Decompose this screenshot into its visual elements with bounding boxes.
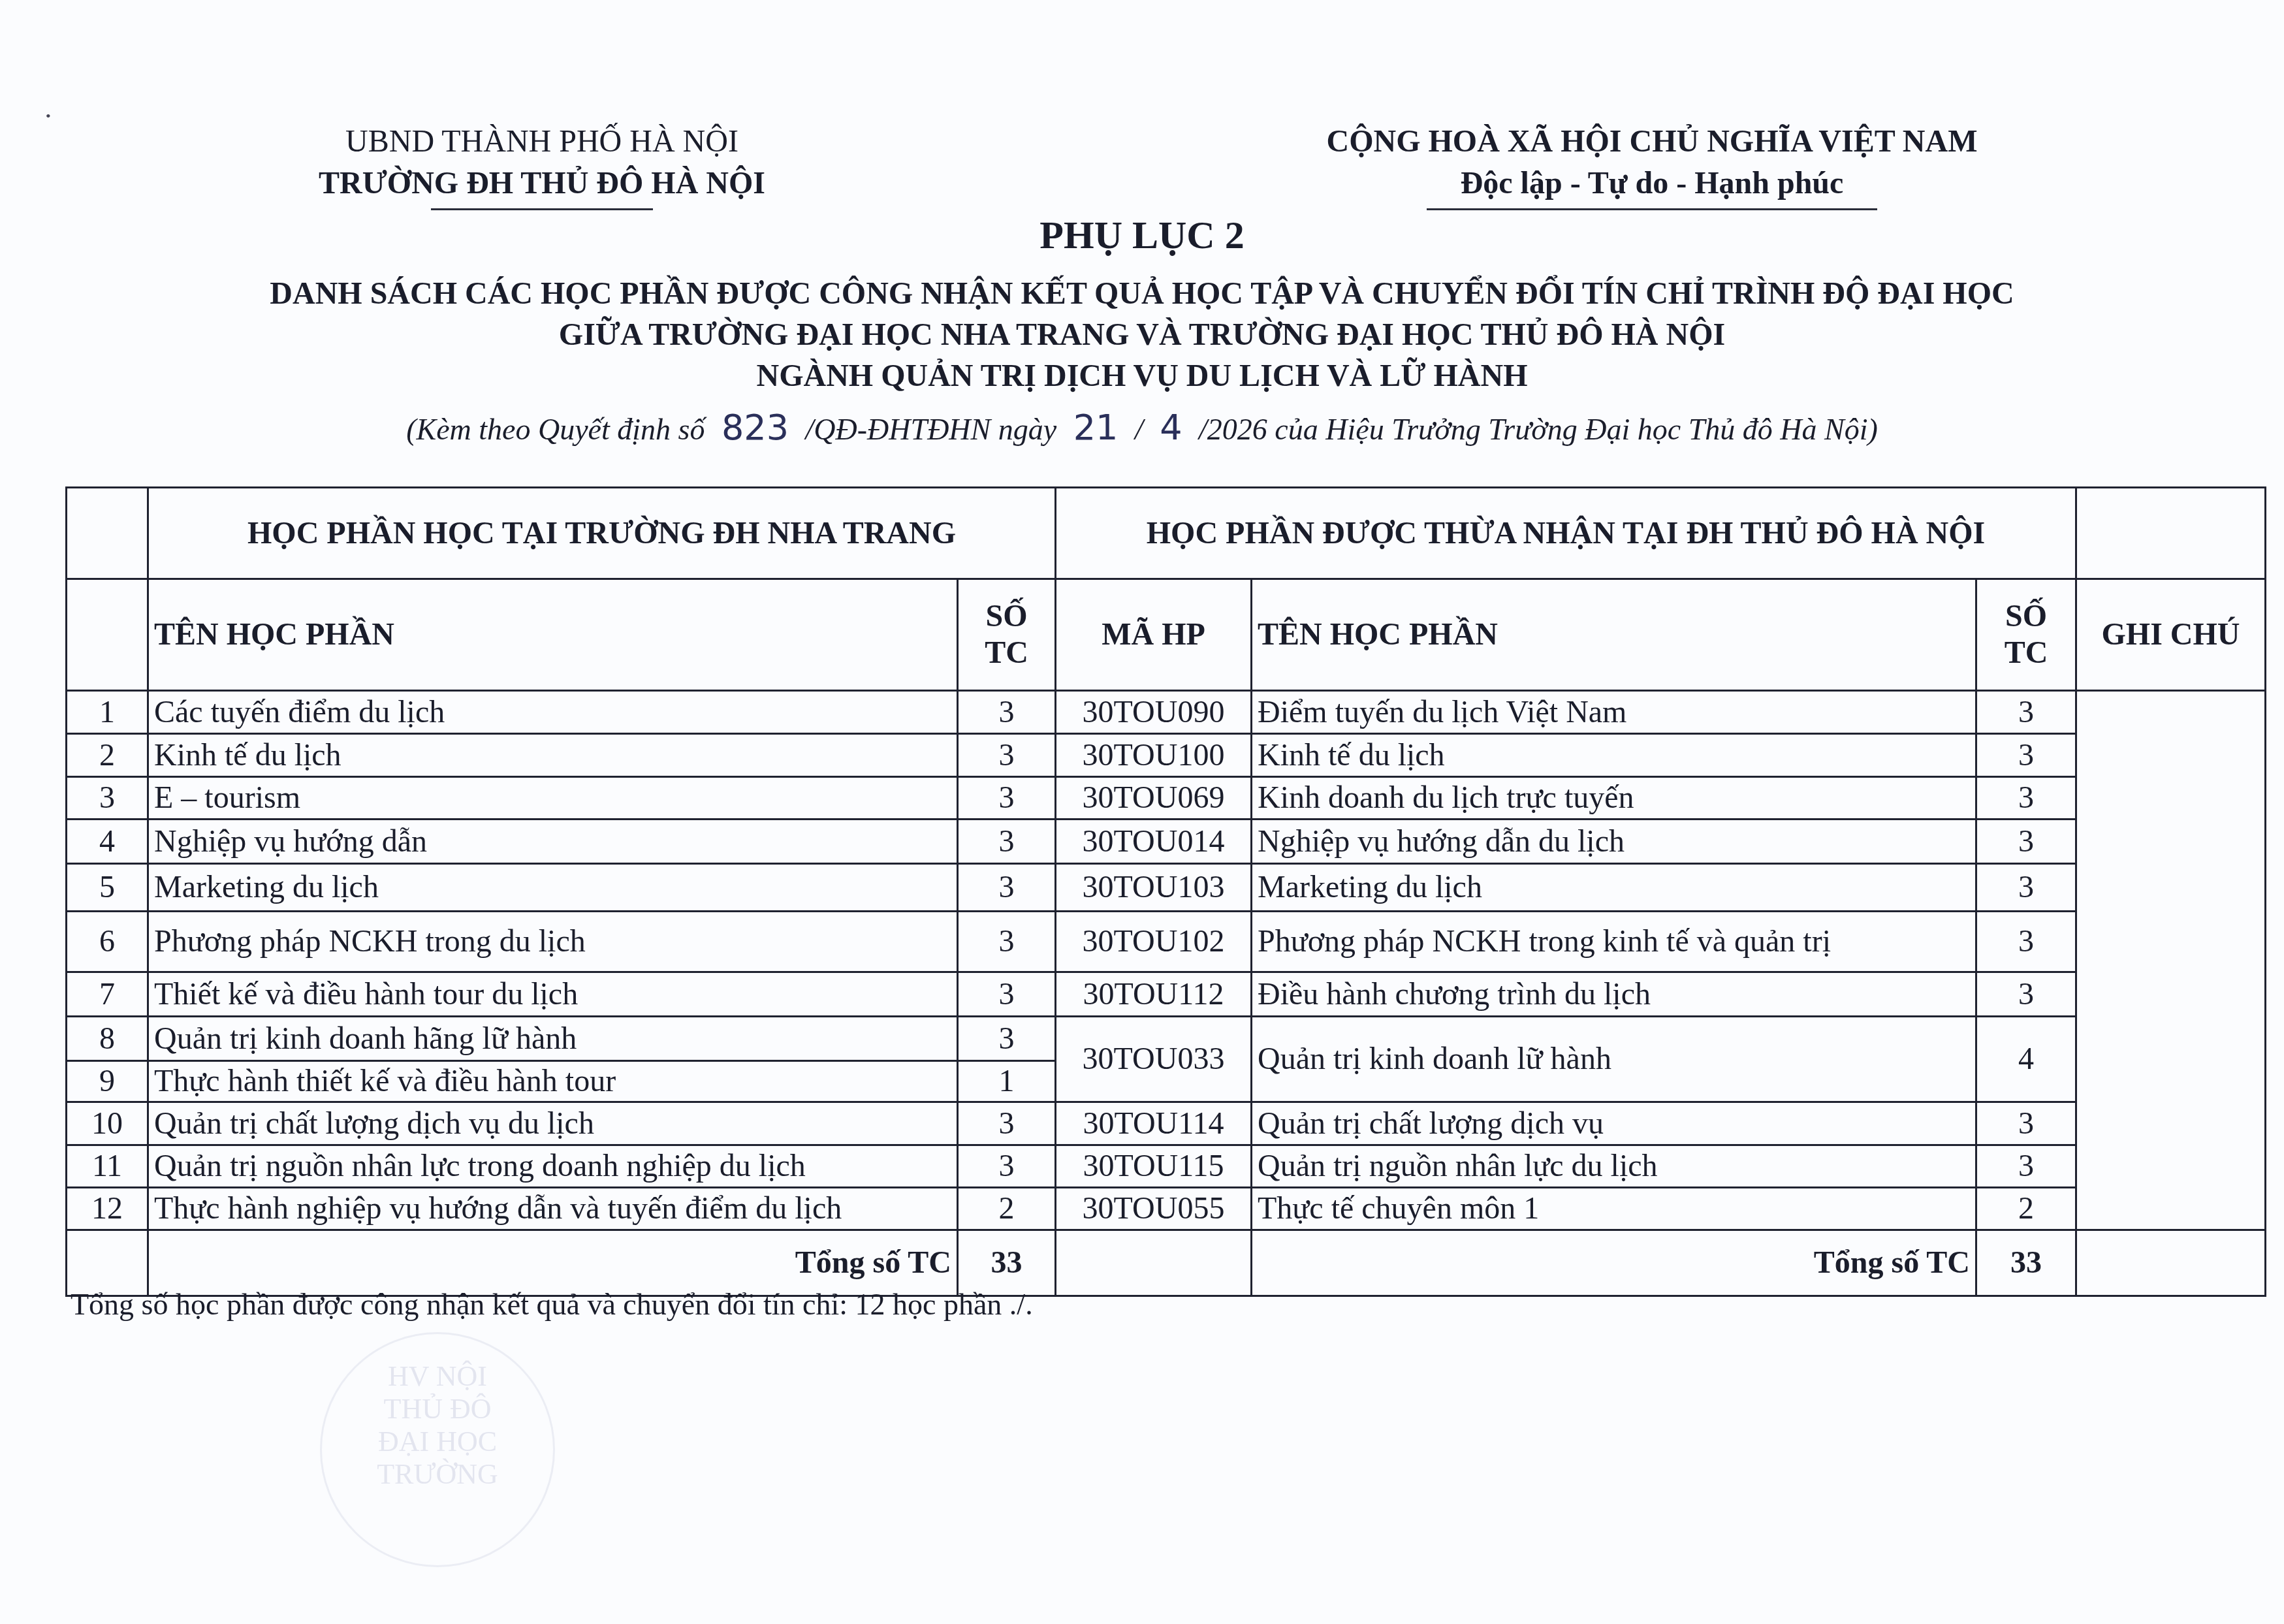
stamp-text-line: HV NỘI bbox=[322, 1360, 553, 1393]
authority-underline bbox=[431, 208, 653, 210]
row-number: 7 bbox=[67, 972, 148, 1017]
thu-do-course-name: Quản trị chất lượng dịch vụ bbox=[1252, 1102, 1976, 1145]
document-title-line-2: GIỮA TRƯỜNG ĐẠI HỌC NHA TRANG VÀ TRƯỜNG … bbox=[0, 315, 2284, 355]
thu-do-course-name: Điều hành chương trình du lịch bbox=[1252, 972, 1976, 1017]
thu-do-course-name: Quản trị nguồn nhân lực du lịch bbox=[1252, 1145, 1976, 1188]
thu-do-credits: 3 bbox=[1976, 777, 2076, 820]
table-row: 1Các tuyến điểm du lịch330TOU090Điểm tuy… bbox=[67, 691, 2266, 734]
group-header-row: HỌC PHẦN HỌC TẠI TRƯỜNG ĐH NHA TRANG HỌC… bbox=[67, 488, 2266, 579]
thu-do-credits: 3 bbox=[1976, 691, 2076, 734]
column-header-note: GHI CHÚ bbox=[2076, 579, 2266, 691]
course-code: 30TOU069 bbox=[1056, 777, 1252, 820]
row-number: 10 bbox=[67, 1102, 148, 1145]
thu-do-course-name: Phương pháp NCKH trong kinh tế và quản t… bbox=[1252, 912, 1976, 972]
thu-do-credits: 3 bbox=[1976, 820, 2076, 864]
nha-trang-course-name: Quản trị chất lượng dịch vụ du lịch bbox=[148, 1102, 958, 1145]
table-row: 8Quản trị kinh doanh hãng lữ hành330TOU0… bbox=[67, 1017, 2266, 1061]
empty-header-cell bbox=[67, 579, 148, 691]
stamp-text-line: THỦ ĐÔ bbox=[322, 1393, 553, 1425]
course-code: 30TOU103 bbox=[1056, 864, 1252, 912]
motto-line-1: CỘNG HOÀ XÃ HỘI CHỦ NGHĨA VIỆT NAM bbox=[1195, 121, 2109, 163]
credits-label-2: TC bbox=[964, 635, 1049, 671]
decision-prefix: (Kèm theo Quyết định số bbox=[406, 413, 705, 446]
national-motto: CỘNG HOÀ XÃ HỘI CHỦ NGHĨA VIỆT NAM Độc l… bbox=[1195, 121, 2109, 210]
nha-trang-credits: 1 bbox=[958, 1061, 1056, 1102]
thu-do-course-name: Nghiệp vụ hướng dẫn du lịch bbox=[1252, 820, 1976, 864]
credits-label-2: TC bbox=[1982, 635, 2070, 671]
nha-trang-course-name: Quản trị kinh doanh hãng lữ hành bbox=[148, 1017, 958, 1061]
table-row: 3E – tourism330TOU069Kinh doanh du lịch … bbox=[67, 777, 2266, 820]
thu-do-credits: 3 bbox=[1976, 1102, 2076, 1145]
nha-trang-course-name: Kinh tế du lịch bbox=[148, 734, 958, 777]
column-header-nt-name: TÊN HỌC PHẦN bbox=[148, 579, 958, 691]
empty-header-cell bbox=[67, 488, 148, 579]
nha-trang-course-name: Thực hành thiết kế và điều hành tour bbox=[148, 1061, 958, 1102]
nha-trang-credits: 3 bbox=[958, 1102, 1056, 1145]
nha-trang-credits: 3 bbox=[958, 820, 1056, 864]
group-header-nha-trang: HỌC PHẦN HỌC TẠI TRƯỜNG ĐH NHA TRANG bbox=[148, 488, 1056, 579]
nha-trang-course-name: Các tuyến điểm du lịch bbox=[148, 691, 958, 734]
course-code: 30TOU090 bbox=[1056, 691, 1252, 734]
table-row: 6Phương pháp NCKH trong du lịch330TOU102… bbox=[67, 912, 2266, 972]
credit-transfer-table: HỌC PHẦN HỌC TẠI TRƯỜNG ĐH NHA TRANG HỌC… bbox=[65, 486, 2266, 1297]
nha-trang-course-name: Phương pháp NCKH trong du lịch bbox=[148, 912, 958, 972]
thu-do-credits: 3 bbox=[1976, 972, 2076, 1017]
thu-do-credits: 3 bbox=[1976, 734, 2076, 777]
course-code: 30TOU014 bbox=[1056, 820, 1252, 864]
motto-underline bbox=[1427, 208, 1877, 210]
table-row: 10Quản trị chất lượng dịch vụ du lịch330… bbox=[67, 1102, 2266, 1145]
course-code: 30TOU115 bbox=[1056, 1145, 1252, 1188]
course-code: 30TOU055 bbox=[1056, 1188, 1252, 1230]
thu-do-course-name: Kinh tế du lịch bbox=[1252, 734, 1976, 777]
nha-trang-course-name: Marketing du lịch bbox=[148, 864, 958, 912]
nha-trang-credits: 3 bbox=[958, 972, 1056, 1017]
nha-trang-credits: 3 bbox=[958, 734, 1056, 777]
column-header-code: MÃ HP bbox=[1056, 579, 1252, 691]
credits-label-1: SỐ bbox=[964, 598, 1049, 635]
row-number: 8 bbox=[67, 1017, 148, 1061]
row-number: 4 bbox=[67, 820, 148, 864]
nha-trang-credits: 3 bbox=[958, 691, 1056, 734]
decision-reference: (Kèm theo Quyết định số 823 /QĐ-ĐHTĐHN n… bbox=[0, 408, 2284, 449]
decision-suffix: /2026 của Hiệu Trưởng Trường Đại học Thủ… bbox=[1199, 413, 1878, 446]
nha-trang-course-name: Nghiệp vụ hướng dẫn bbox=[148, 820, 958, 864]
decision-mid: /QĐ-ĐHTĐHN ngày bbox=[806, 413, 1057, 446]
course-code: 30TOU033 bbox=[1056, 1017, 1252, 1102]
note-cell bbox=[2076, 691, 2266, 1230]
thu-do-course-name: Kinh doanh du lịch trực tuyến bbox=[1252, 777, 1976, 820]
column-header-hn-name: TÊN HỌC PHẦN bbox=[1252, 579, 1976, 691]
issuing-authority: UBND THÀNH PHỐ HÀ NỘI TRƯỜNG ĐH THỦ ĐÔ H… bbox=[215, 121, 868, 210]
row-number: 1 bbox=[67, 691, 148, 734]
nha-trang-credits: 3 bbox=[958, 912, 1056, 972]
nha-trang-course-name: Thực hành nghiệp vụ hướng dẫn và tuyến đ… bbox=[148, 1188, 958, 1230]
row-number: 9 bbox=[67, 1061, 148, 1102]
empty-cell bbox=[2076, 1230, 2266, 1296]
course-code: 30TOU112 bbox=[1056, 972, 1252, 1017]
column-header-hn-credits: SỐ TC bbox=[1976, 579, 2076, 691]
nha-trang-credits: 3 bbox=[958, 777, 1056, 820]
table-row: 12Thực hành nghiệp vụ hướng dẫn và tuyến… bbox=[67, 1188, 2266, 1230]
column-header-row: TÊN HỌC PHẦN SỐ TC MÃ HP TÊN HỌC PHẦN SỐ… bbox=[67, 579, 2266, 691]
nha-trang-course-name: E – tourism bbox=[148, 777, 958, 820]
course-code: 30TOU114 bbox=[1056, 1102, 1252, 1145]
thu-do-credits: 4 bbox=[1976, 1017, 2076, 1102]
table-row: 2Kinh tế du lịch330TOU100Kinh tế du lịch… bbox=[67, 734, 2266, 777]
nha-trang-course-name: Quản trị nguồn nhân lực trong doanh nghi… bbox=[148, 1145, 958, 1188]
document-title-line-3: NGÀNH QUẢN TRỊ DỊCH VỤ DU LỊCH VÀ LỮ HÀN… bbox=[0, 357, 2284, 396]
thu-do-course-name: Marketing du lịch bbox=[1252, 864, 1976, 912]
table-row: 5Marketing du lịch330TOU103Marketing du … bbox=[67, 864, 2266, 912]
course-code: 30TOU102 bbox=[1056, 912, 1252, 972]
decision-number: 823 bbox=[712, 407, 798, 448]
empty-cell bbox=[1056, 1230, 1252, 1296]
appendix-title: PHỤ LỤC 2 bbox=[0, 212, 2284, 258]
stamp-text-line: TRƯỜNG bbox=[322, 1458, 553, 1491]
total-value-thu-do: 33 bbox=[1976, 1230, 2076, 1296]
thu-do-credits: 3 bbox=[1976, 864, 2076, 912]
group-header-thu-do: HỌC PHẦN ĐƯỢC THỪA NHẬN TẠI ĐH THỦ ĐÔ HÀ… bbox=[1056, 488, 2076, 579]
nha-trang-credits: 3 bbox=[958, 1017, 1056, 1061]
thu-do-credits: 3 bbox=[1976, 912, 2076, 972]
row-number: 12 bbox=[67, 1188, 148, 1230]
thu-do-course-name: Quản trị kinh doanh lữ hành bbox=[1252, 1017, 1976, 1102]
decision-day: 21 bbox=[1064, 407, 1128, 448]
nha-trang-credits: 2 bbox=[958, 1188, 1056, 1230]
row-number: 5 bbox=[67, 864, 148, 912]
course-code: 30TOU100 bbox=[1056, 734, 1252, 777]
nha-trang-credits: 3 bbox=[958, 1145, 1056, 1188]
summary-footnote: Tổng số học phần được công nhận kết quả … bbox=[71, 1285, 1033, 1324]
scan-speck: • bbox=[46, 108, 51, 125]
decision-date-separator: / bbox=[1135, 413, 1143, 446]
nha-trang-course-name: Thiết kế và điều hành tour du lịch bbox=[148, 972, 958, 1017]
thu-do-credits: 3 bbox=[1976, 1145, 2076, 1188]
table-row: 7Thiết kế và điều hành tour du lịch330TO… bbox=[67, 972, 2266, 1017]
stamp-text-line: ĐẠI HỌC bbox=[322, 1425, 553, 1458]
thu-do-course-name: Thực tế chuyên môn 1 bbox=[1252, 1188, 1976, 1230]
document-title-line-1: DANH SÁCH CÁC HỌC PHẦN ĐƯỢC CÔNG NHẬN KẾ… bbox=[0, 274, 2284, 313]
row-number: 11 bbox=[67, 1145, 148, 1188]
decision-month: 4 bbox=[1150, 407, 1191, 448]
empty-header-cell bbox=[2076, 488, 2266, 579]
authority-line-1: UBND THÀNH PHỐ HÀ NỘI bbox=[215, 121, 868, 163]
column-header-nt-credits: SỐ TC bbox=[958, 579, 1056, 691]
row-number: 3 bbox=[67, 777, 148, 820]
thu-do-credits: 2 bbox=[1976, 1188, 2076, 1230]
table-row: 4Nghiệp vụ hướng dẫn330TOU014Nghiệp vụ h… bbox=[67, 820, 2266, 864]
thu-do-course-name: Điểm tuyến du lịch Việt Nam bbox=[1252, 691, 1976, 734]
table-row: 11Quản trị nguồn nhân lực trong doanh ng… bbox=[67, 1145, 2266, 1188]
row-number: 2 bbox=[67, 734, 148, 777]
faint-seal-stamp: HV NỘITHỦ ĐÔĐẠI HỌCTRƯỜNG bbox=[320, 1332, 555, 1567]
total-label-thu-do: Tổng số TC bbox=[1252, 1230, 1976, 1296]
motto-line-2: Độc lập - Tự do - Hạnh phúc bbox=[1195, 163, 2109, 204]
nha-trang-credits: 3 bbox=[958, 864, 1056, 912]
row-number: 6 bbox=[67, 912, 148, 972]
authority-line-2: TRƯỜNG ĐH THỦ ĐÔ HÀ NỘI bbox=[215, 163, 868, 204]
credits-label-1: SỐ bbox=[1982, 598, 2070, 635]
